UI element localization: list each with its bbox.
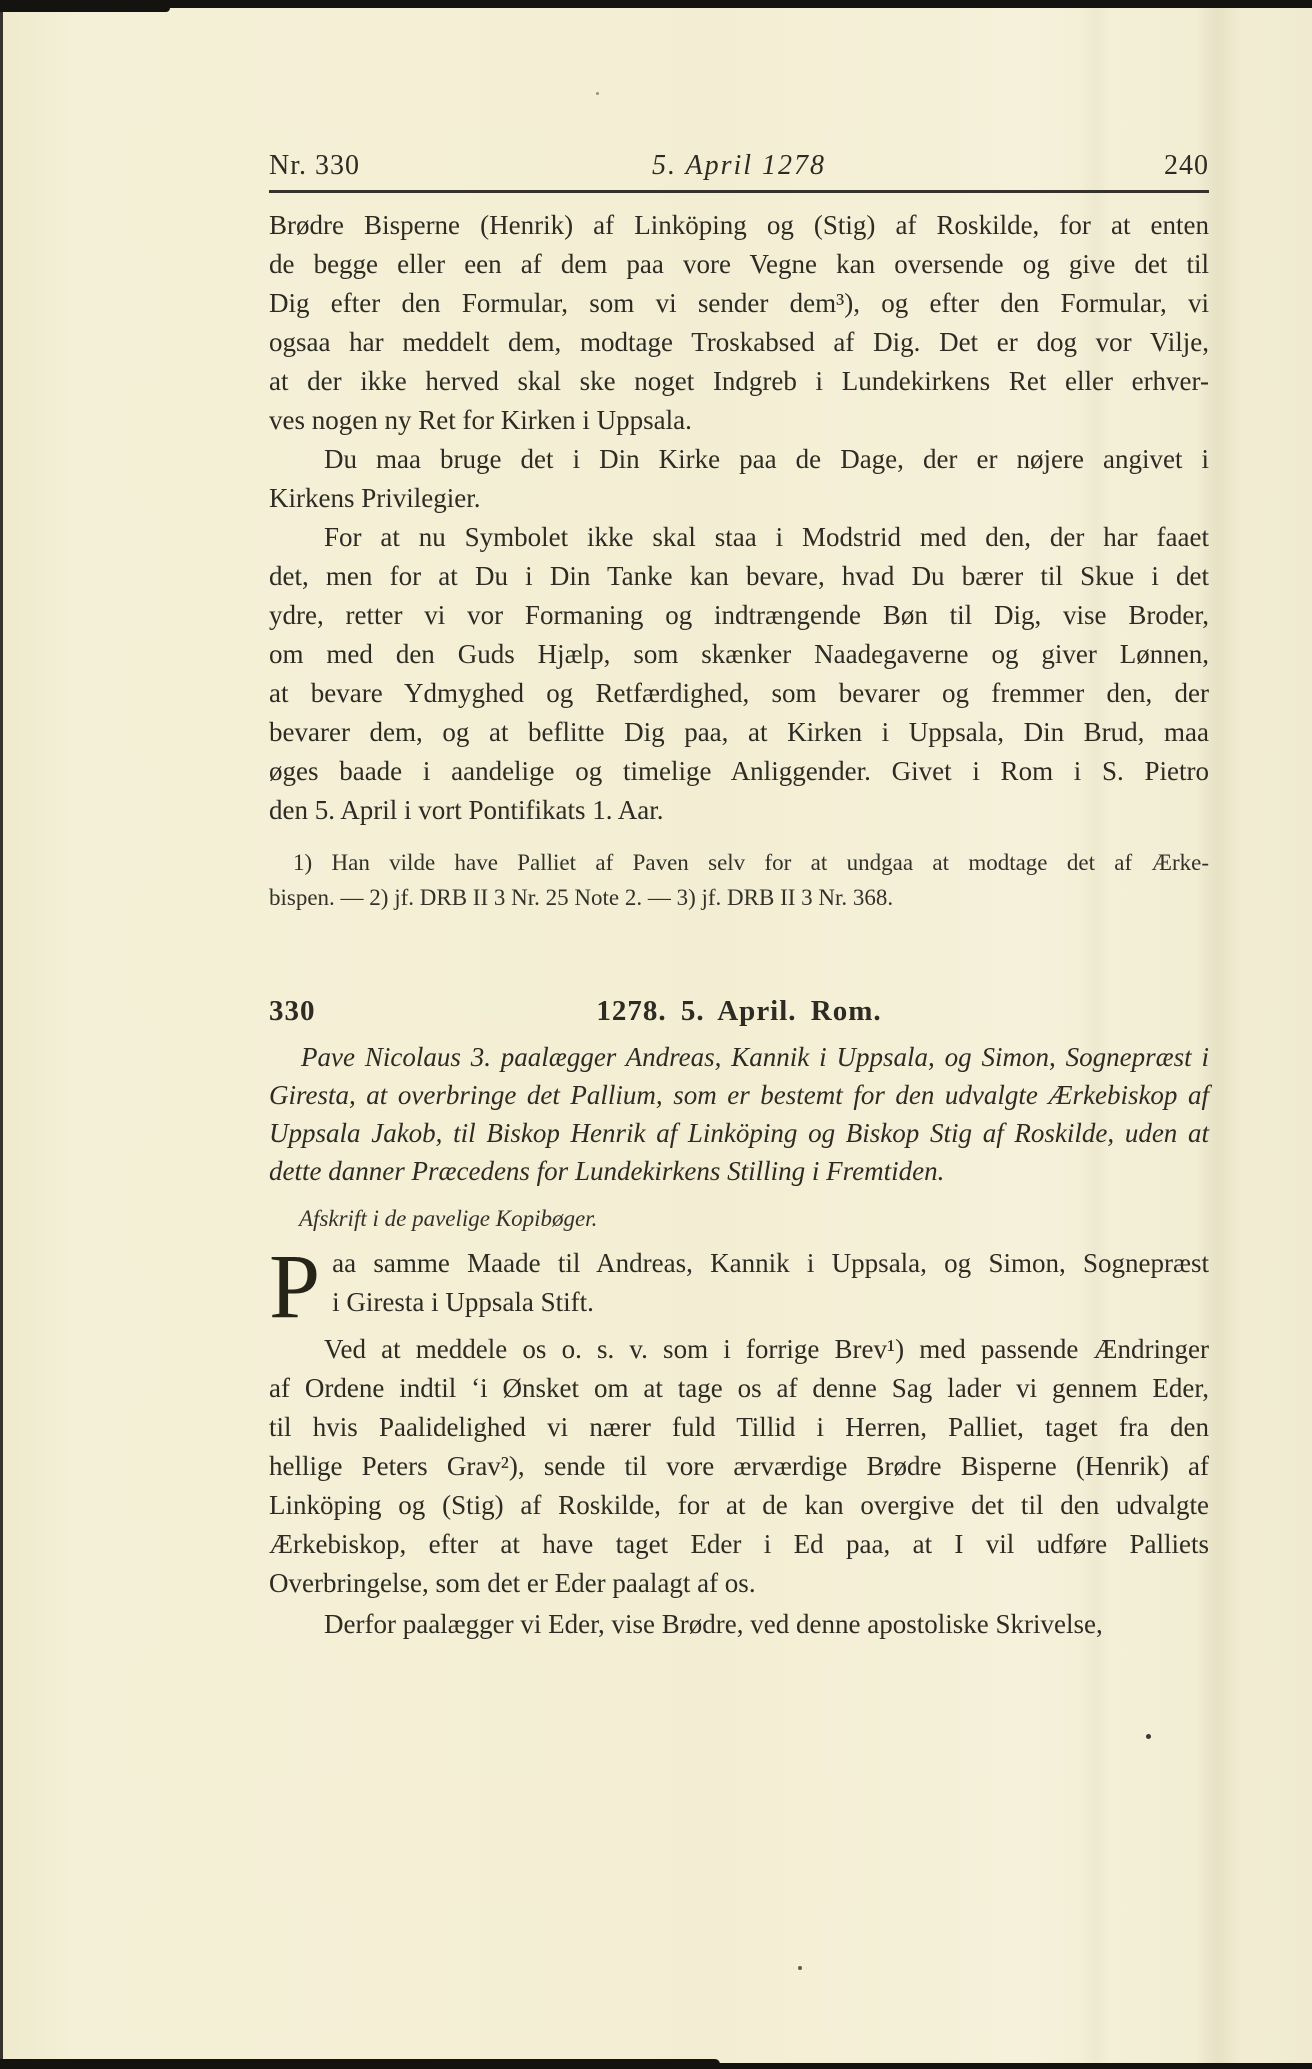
text-line: til hvis Paalidelighed vi nærer fuld Til…: [269, 1408, 1209, 1447]
letter-paragraph: For at nu Symbolet ikke skal staa i Mods…: [269, 518, 1209, 830]
text-line: Dig efter den Formular, som vi sender de…: [269, 284, 1209, 323]
scan-border-bottom-left: [0, 2059, 720, 2069]
text-line: den 5. April i vort Pontifikats 1. Aar.: [269, 791, 1209, 830]
dropcap-paragraph-lines: aa samme Maade til Andreas, Kannik i Upp…: [269, 1244, 1209, 1322]
text-line: ogsaa har meddelt dem, modtage Troskabse…: [269, 323, 1209, 362]
text-line: dette danner Præcedens for Lundekirkens …: [269, 1152, 1209, 1190]
header-running-date: 5. April 1278: [652, 150, 826, 182]
letter-paragraph: Du maa bruge det i Din Kirke paa de Dage…: [269, 440, 1209, 518]
scan-border-top: [0, 0, 1312, 8]
letter-paragraph-continuation: Brødre Bisperne (Henrik) af Linköping og…: [269, 206, 1209, 440]
text-line: bispen. — 2) jf. DRB II 3 Nr. 25 Note 2.…: [269, 880, 1209, 915]
page-header: Nr. 330 5. April 1278 240: [269, 140, 1209, 184]
text-line: ydre, retter vi vor Formaning og indtræn…: [269, 596, 1209, 635]
text-line: ves nogen ny Ret for Kirken i Uppsala.: [269, 401, 1209, 440]
text-line: bevarer dem, og at beflitte Dig paa, at …: [269, 713, 1209, 752]
letter-paragraph: Ved at meddele os o. s. v. som i forrige…: [269, 1330, 1209, 1603]
header-entry-number: Nr. 330: [269, 150, 360, 182]
scan-border-top-left: [0, 0, 170, 12]
text-line: Derfor paalægger vi Eder, vise Brødre, v…: [269, 1605, 1209, 1644]
entry-heading: 330 1278. 5. April. Rom.: [269, 988, 1209, 1028]
text-line: det, men for at Du i Din Tanke kan bevar…: [269, 557, 1209, 596]
text-line: at bevare Ydmyghed og Retfærdighed, som …: [269, 674, 1209, 713]
text-line: aa samme Maade til Andreas, Kannik i Upp…: [269, 1244, 1209, 1283]
text-line: Ærkebiskop, efter at have taget Eder i E…: [269, 1525, 1209, 1564]
header-page-number: 240: [1164, 150, 1209, 182]
text-line: Uppsala Jakob, til Biskop Henrik af Link…: [269, 1114, 1209, 1152]
drop-cap-initial: P: [269, 1244, 332, 1324]
text-line: 1) Han vilde have Palliet af Paven selv …: [269, 845, 1209, 880]
scan-speck: [798, 1966, 802, 1970]
scan-speck: [596, 92, 599, 95]
text-line: Brødre Bisperne (Henrik) af Linköping og…: [269, 206, 1209, 245]
scan-speck: [1146, 1734, 1151, 1739]
text-line: Pave Nicolaus 3. paalægger Andreas, Kann…: [269, 1038, 1209, 1076]
entry-summary: Pave Nicolaus 3. paalægger Andreas, Kann…: [269, 1038, 1209, 1190]
text-line: af Ordene indtil ‘i Ønsket om at tage os…: [269, 1369, 1209, 1408]
text-line: Overbringelse, som det er Eder paalagt a…: [269, 1564, 1209, 1603]
entry-dateline: 1278. 5. April. Rom.: [596, 995, 881, 1028]
text-line: øges baade i aandelige og timelige Anlig…: [269, 752, 1209, 791]
footnote-block: 1) Han vilde have Palliet af Paven selv …: [269, 845, 1209, 915]
text-line: at der ikke herved skal ske noget Indgre…: [269, 362, 1209, 401]
source-note: Afskrift i de pavelige Kopibøger.: [269, 1206, 1239, 1232]
letter-paragraph: Derfor paalægger vi Eder, vise Brødre, v…: [269, 1605, 1209, 1644]
scanned-page: Nr. 330 5. April 1278 240 Brødre Bispern…: [0, 0, 1312, 2069]
text-line: hellige Peters Grav²), sende til vore ær…: [269, 1447, 1209, 1486]
header-rule: [269, 190, 1209, 193]
text-line: Du maa bruge det i Din Kirke paa de Dage…: [269, 440, 1209, 479]
text-line: de begge eller een af dem paa vore Vegne…: [269, 245, 1209, 284]
text-line: Linköping og (Stig) af Roskilde, for at …: [269, 1486, 1209, 1525]
text-line: Kirkens Privilegier.: [269, 479, 1209, 518]
letter-paragraph-dropcap: P aa samme Maade til Andreas, Kannik i U…: [269, 1244, 1209, 1324]
entry-number: 330: [269, 995, 316, 1028]
text-line: Ved at meddele os o. s. v. som i forrige…: [269, 1330, 1209, 1369]
text-line: om med den Guds Hjælp, som skænker Naade…: [269, 635, 1209, 674]
text-line: Giresta, at overbringe det Pallium, som …: [269, 1076, 1209, 1114]
text-line: For at nu Symbolet ikke skal staa i Mods…: [269, 518, 1209, 557]
scan-border-left: [0, 0, 3, 2069]
text-line: i Giresta i Uppsala Stift.: [269, 1283, 1209, 1322]
